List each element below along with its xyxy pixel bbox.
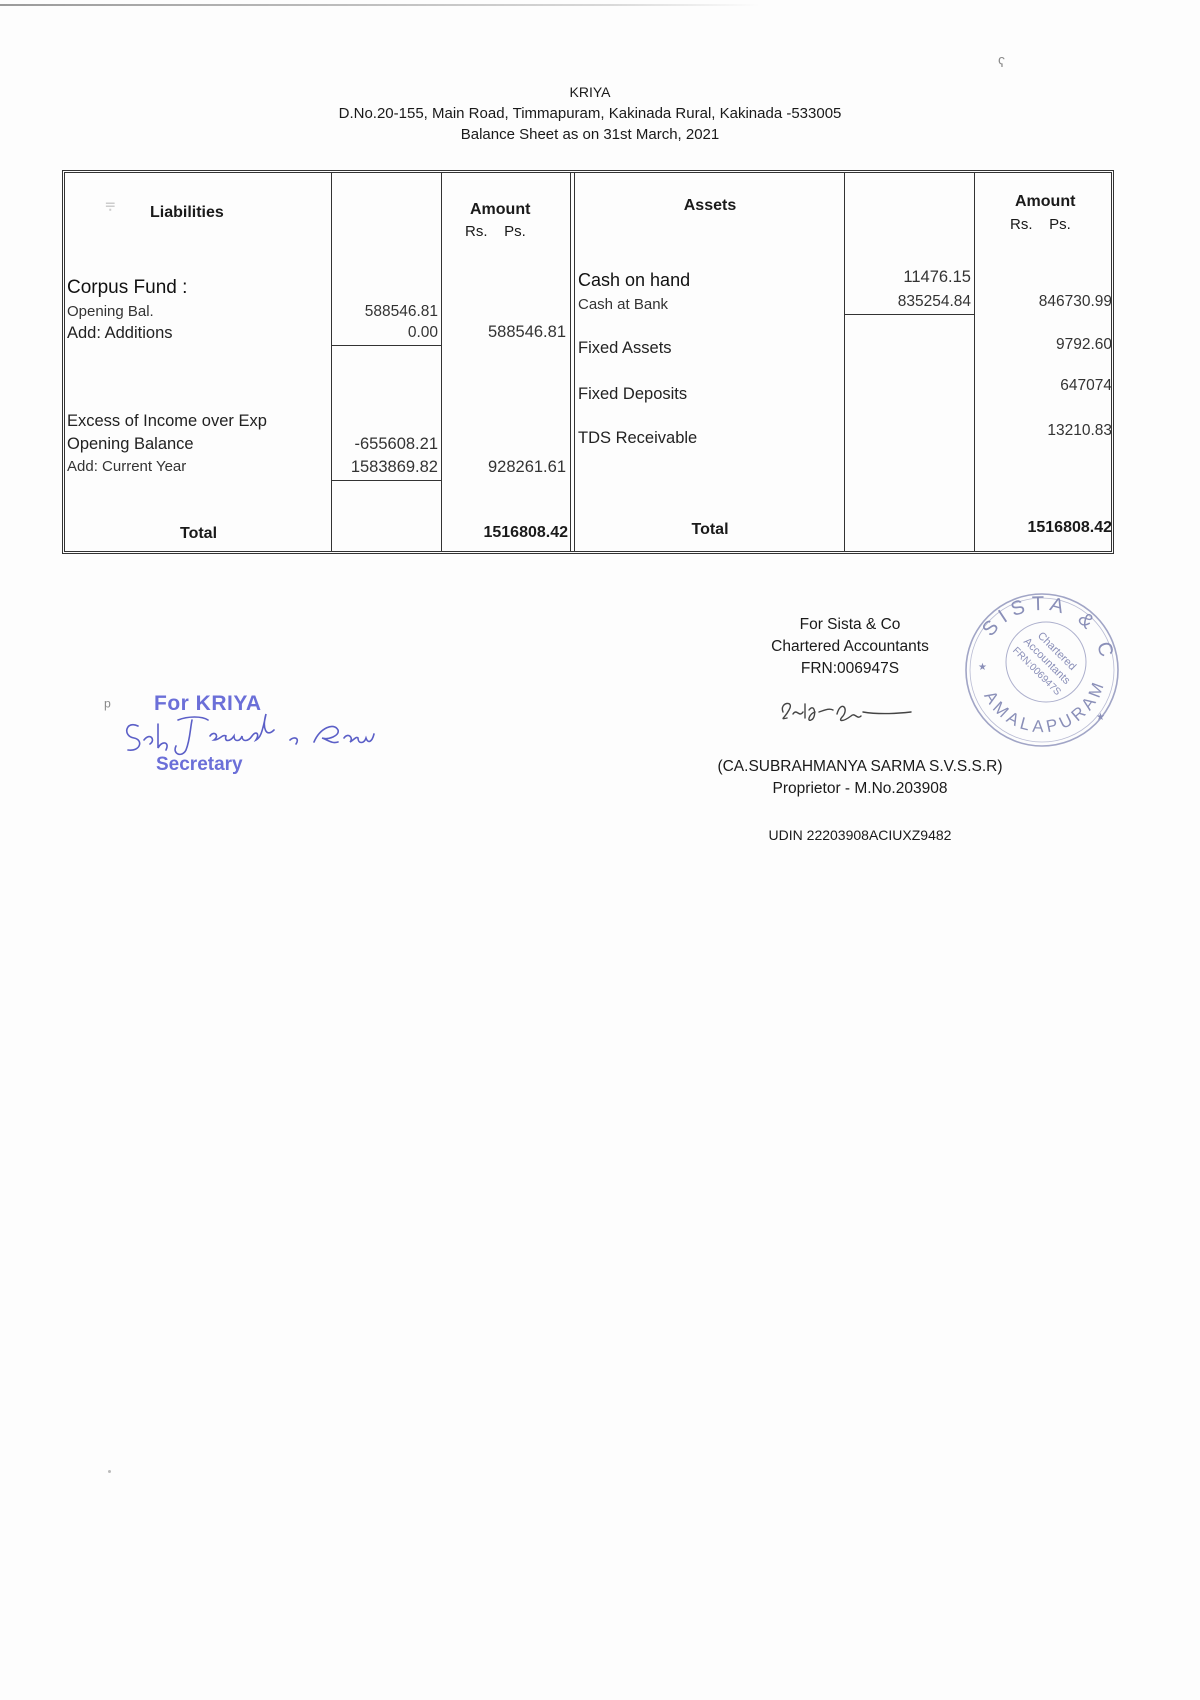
assets-total-label: Total — [575, 521, 845, 539]
excess-current-year-value: 1583869.82 — [332, 458, 438, 477]
corpus-subtotal-rule — [332, 345, 442, 346]
cash-at-bank-value: 835254.84 — [845, 293, 971, 311]
fixed-deposits-label: Fixed Deposits — [578, 385, 687, 404]
auditor-firm-type: Chartered Accountants — [700, 636, 1000, 658]
auditor-firm-line: For Sista & Co — [700, 614, 1000, 636]
fixed-assets-amount: 9792.60 — [975, 336, 1112, 354]
excess-opening-value: -655608.21 — [332, 435, 438, 454]
corpus-opening-label: Opening Bal. — [67, 303, 154, 320]
cash-on-hand-value: 11476.15 — [845, 268, 971, 287]
assets-label-column — [575, 173, 845, 551]
cash-on-hand-label: Cash on hand — [578, 270, 690, 291]
organization-address: D.No.20-155, Main Road, Timmapuram, Kaki… — [240, 103, 940, 124]
liabilities-subamount-column — [332, 173, 442, 551]
excess-current-year-label: Add: Current Year — [67, 458, 186, 475]
tds-receivable-label: TDS Receivable — [578, 429, 697, 448]
liabilities-label-column — [65, 173, 332, 551]
assets-total-value: 1516808.42 — [975, 519, 1112, 537]
auditor-signature — [775, 690, 915, 730]
auditor-signatory-block: (CA.SUBRAHMANYA SARMA S.V.S.S.R) Proprie… — [660, 756, 1060, 800]
cash-at-bank-label: Cash at Bank — [578, 296, 668, 313]
tick-mark-icon: ⩦ — [105, 193, 116, 214]
auditor-frn: FRN:006947S — [700, 658, 1000, 680]
excess-subtotal-rule — [332, 480, 442, 481]
cash-total: 846730.99 — [975, 293, 1112, 311]
auditor-firm-block: For Sista & Co Chartered Accountants FRN… — [700, 614, 1000, 680]
corpus-opening-value: 588546.81 — [332, 303, 438, 321]
excess-income-total: 928261.61 — [442, 458, 566, 477]
balance-sheet-table: ⩦ Liabilities Amount Rs. Ps. Corpus Fund… — [62, 170, 1114, 554]
organization-name: KRIYA — [240, 82, 940, 103]
excess-income-label: Excess of Income over Exp — [67, 412, 267, 431]
assets-amount-units: Rs. Ps. — [1010, 216, 1071, 233]
auditor-designation: Proprietor - M.No.203908 — [660, 778, 1060, 800]
cash-subtotal-rule — [845, 314, 975, 315]
scan-edge-line — [0, 4, 760, 6]
fixed-deposits-amount: 647074 — [975, 377, 1112, 395]
auditor-name: (CA.SUBRAHMANYA SARMA S.V.S.S.R) — [660, 756, 1060, 778]
udin-number: UDIN 22203908ACIUXZ9482 — [660, 827, 1060, 843]
scan-speck: ʕ — [998, 54, 1005, 70]
liabilities-amount-heading: Amount — [470, 201, 530, 219]
document-header: KRIYA D.No.20-155, Main Road, Timmapuram… — [240, 82, 940, 145]
corpus-fund-total: 588546.81 — [442, 323, 566, 342]
fixed-assets-label: Fixed Assets — [578, 339, 672, 358]
document-title: Balance Sheet as on 31st March, 2021 — [240, 124, 940, 145]
initial-mark-icon: ᵖ — [104, 696, 111, 717]
liabilities-amount-units: Rs. Ps. — [465, 223, 526, 240]
corpus-additions-label: Add: Additions — [67, 324, 173, 343]
svg-text:★: ★ — [1096, 712, 1105, 723]
svg-text:★: ★ — [978, 662, 987, 673]
liabilities-heading: Liabilities — [150, 204, 224, 222]
excess-opening-label: Opening Balance — [67, 435, 194, 454]
tds-receivable-amount: 13210.83 — [975, 422, 1112, 440]
corpus-additions-value: 0.00 — [332, 324, 438, 342]
liabilities-total-value: 1516808.42 — [442, 524, 568, 542]
liabilities-total-label: Total — [65, 525, 332, 543]
auditor-stamp: SISTA & CO. AMALAPURAM Chartered Account… — [958, 590, 1126, 750]
corpus-fund-label: Corpus Fund : — [67, 277, 187, 299]
scan-dot — [108, 1470, 111, 1473]
assets-subamount-column — [845, 173, 975, 551]
kriya-secretary-signature: Sek Tyennadle Rao — [118, 706, 438, 766]
assets-amount-heading: Amount — [1015, 193, 1075, 211]
assets-heading: Assets — [575, 197, 845, 215]
